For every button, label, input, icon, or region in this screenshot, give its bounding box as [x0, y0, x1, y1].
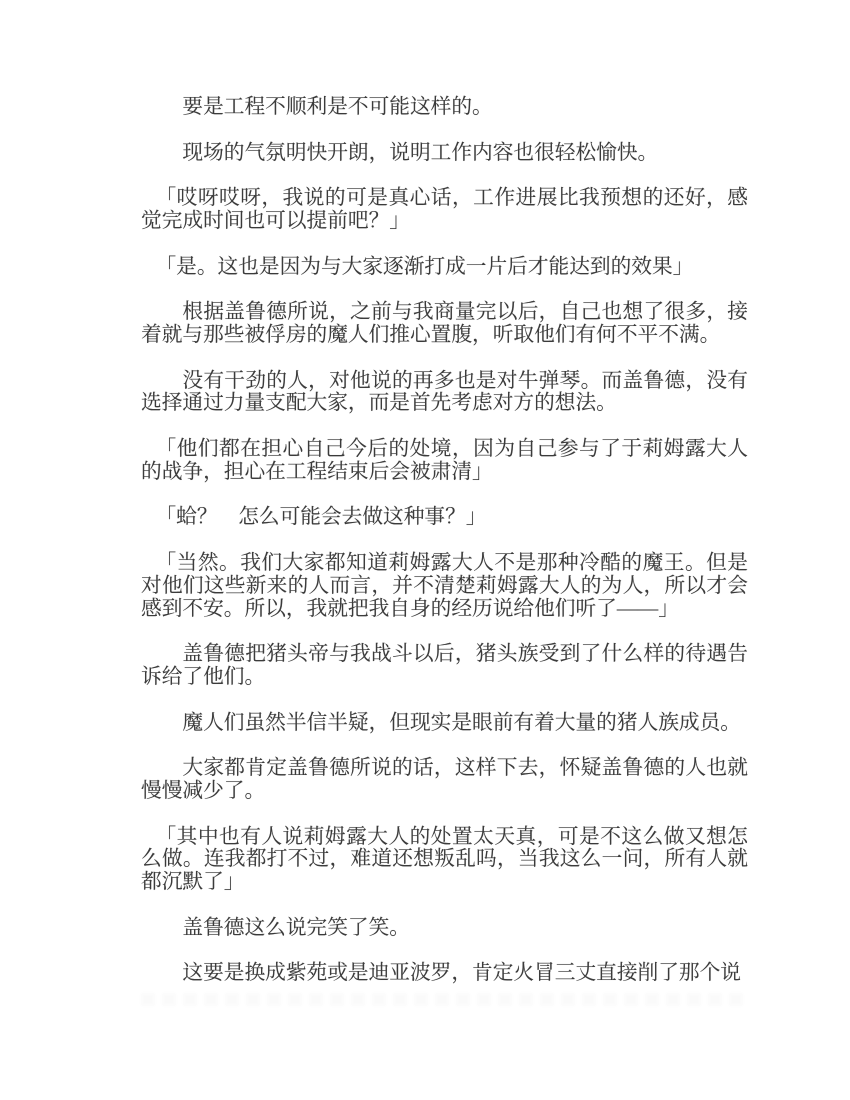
- page-text: 要是工程不顺利是不可能这样的。现场的气氛明快开朗，说明工作内容也很轻松愉快。「哎…: [141, 96, 748, 1008]
- paragraph-dialogue: 「当然。我们大家都知道莉姆露大人不是那种冷酷的魔王。但是对他们这些新来的人而言，…: [141, 552, 748, 620]
- paragraph-narrative: 这要是换成紫苑或是迪亚波罗，肯定火冒三丈直接削了那个说: [141, 962, 748, 985]
- paragraph-dialogue: 「是。这也是因为与大家逐渐打成一片后才能达到的效果」: [141, 256, 748, 279]
- paragraph-narrative: 根据盖鲁德所说，之前与我商量完以后，自己也想了很多，接着就与那些被俘房的魔人们推…: [141, 301, 748, 347]
- paragraph-narrative: 大家都肯定盖鲁德所说的话，这样下去，怀疑盖鲁德的人也就慢慢减少了。: [141, 757, 748, 803]
- paragraph-narrative: 要是工程不顺利是不可能这样的。: [141, 96, 748, 119]
- paragraph-dialogue: 「其中也有人说莉姆露大人的处置太天真，可是不这么做又想怎么做。连我都打不过，难道…: [141, 826, 748, 894]
- paragraph-narrative: 盖鲁德把猪头帝与我战斗以后，猪头族受到了什么样的待遇告诉给了他们。: [141, 643, 748, 689]
- paragraph-narrative: 没有干劲的人，对他说的再多也是对牛弹琴。而盖鲁德，没有选择通过力量支配大家，而是…: [141, 370, 748, 416]
- paragraph-narrative: 现场的气氛明快开朗，说明工作内容也很轻松愉快。: [141, 142, 748, 165]
- paragraph-dialogue: 「他们都在担心自己今后的处境，因为自己参与了于莉姆露大人的战争，担心在工程结束后…: [141, 438, 748, 484]
- paragraph-narrative: 魔人们虽然半信半疑，但现实是眼前有着大量的猪人族成员。: [141, 712, 748, 735]
- novel-page: 要是工程不顺利是不可能这样的。现场的气氛明快开朗，说明工作内容也很轻松愉快。「哎…: [0, 0, 850, 1100]
- paragraph-dialogue: 「哎呀哎呀，我说的可是真心话，工作进展比我预想的还好，感觉完成时间也可以提前吧？…: [141, 187, 748, 233]
- paragraph-narrative: 盖鲁德这么说完笑了笑。: [141, 917, 748, 940]
- paragraph-dialogue: 「蛤？ 怎么可能会去做这种事？」: [141, 506, 748, 529]
